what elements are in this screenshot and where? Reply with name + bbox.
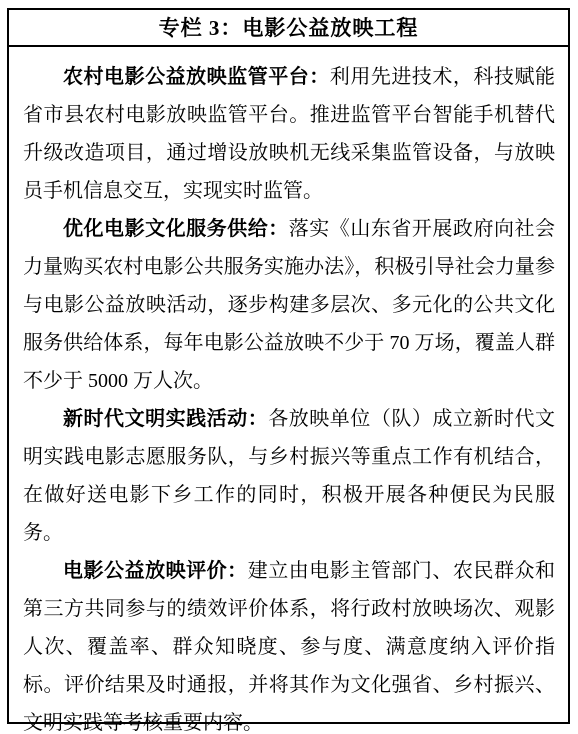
paragraph-lead: 新时代文明实践活动： — [63, 408, 268, 430]
paragraph-lead: 优化电影文化服务供给： — [63, 218, 289, 240]
paragraph-lead: 农村电影公益放映监管平台： — [63, 66, 330, 88]
panel-body: 农村电影公益放映监管平台：利用先进技术，科技赋能省市县农村电影放映监管平台。推进… — [9, 47, 568, 734]
paragraph-text: 建立由电影主管部门、农民群众和第三方共同参与的绩效评价体系，将行政村放映场次、观… — [23, 560, 555, 734]
paragraph: 电影公益放映评价：建立由电影主管部门、农民群众和第三方共同参与的绩效评价体系，将… — [23, 552, 555, 734]
paragraph-text: 落实《山东省开展政府向社会力量购买农村电影公共服务实施办法》，积极引导社会力量参… — [23, 218, 555, 392]
panel-title: 专栏 3：电影公益放映工程 — [9, 10, 568, 47]
paragraph: 优化电影文化服务供给：落实《山东省开展政府向社会力量购买农村电影公共服务实施办法… — [23, 210, 555, 400]
column-panel: 专栏 3：电影公益放映工程 农村电影公益放映监管平台：利用先进技术，科技赋能省市… — [7, 8, 570, 724]
paragraph: 新时代文明实践活动：各放映单位（队）成立新时代文明实践电影志愿服务队，与乡村振兴… — [23, 400, 555, 552]
paragraph-lead: 电影公益放映评价： — [63, 560, 248, 582]
paragraph: 农村电影公益放映监管平台：利用先进技术，科技赋能省市县农村电影放映监管平台。推进… — [23, 58, 555, 210]
